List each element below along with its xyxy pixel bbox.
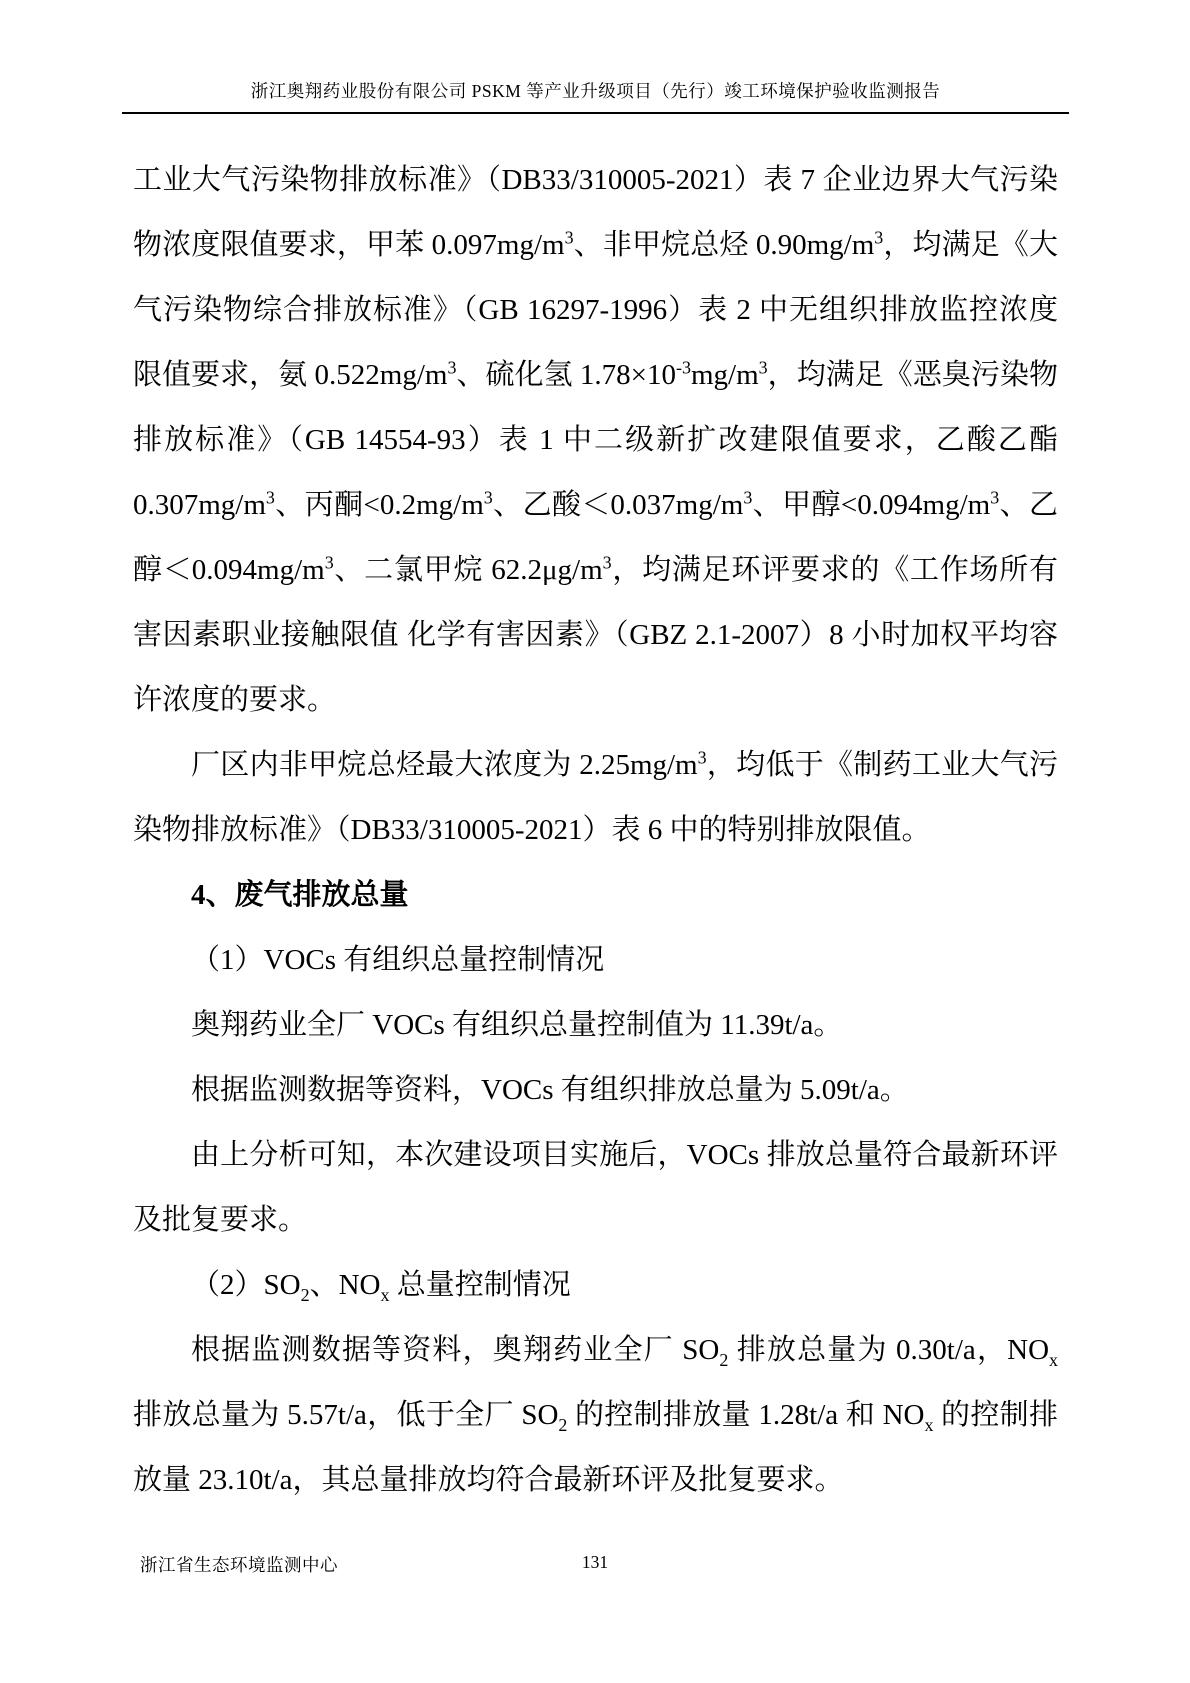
superscript: 3 xyxy=(565,227,574,247)
superscript: 3 xyxy=(266,487,275,507)
superscript: 3 xyxy=(990,487,999,507)
superscript: -3 xyxy=(676,357,691,377)
paragraph: 厂区内非甲烷总烃最大浓度为 2.25mg/m3，均低于《制药工业大气污染物排放标… xyxy=(133,733,1058,863)
subscript: x xyxy=(380,1285,389,1305)
page-header: 浙江奥翔药业股份有限公司 PSKM 等产业升级项目（先行）竣工环境保护验收监测报… xyxy=(122,78,1069,114)
paragraph: 奥翔药业全厂 VOCs 有组织总量控制值为 11.39t/a。 xyxy=(133,993,1058,1058)
document-page: 浙江奥翔药业股份有限公司 PSKM 等产业升级项目（先行）竣工环境保护验收监测报… xyxy=(0,0,1190,1683)
superscript: 3 xyxy=(447,357,456,377)
paragraph: （1）VOCs 有组织总量控制情况 xyxy=(133,928,1058,993)
subscript: 2 xyxy=(301,1285,310,1305)
superscript: 3 xyxy=(325,552,334,572)
subscript: 2 xyxy=(719,1350,728,1370)
subscript: 2 xyxy=(558,1415,567,1435)
superscript: 3 xyxy=(743,487,752,507)
paragraph: （2）SO2、NOx 总量控制情况 xyxy=(133,1253,1058,1318)
subscript: x xyxy=(924,1415,933,1435)
superscript: 3 xyxy=(603,552,612,572)
paragraph: 由上分析可知，本次建设项目实施后，VOCs 排放总量符合最新环评及批复要求。 xyxy=(133,1123,1058,1253)
paragraph: 根据监测数据等资料，奥翔药业全厂 SO2 排放总量为 0.30t/a，NOx 排… xyxy=(133,1318,1058,1513)
section-heading: 4、废气排放总量 xyxy=(133,863,1058,928)
superscript: 3 xyxy=(698,747,707,767)
header-title: 浙江奥翔药业股份有限公司 PSKM 等产业升级项目（先行）竣工环境保护验收监测报… xyxy=(251,81,940,101)
footer-organization: 浙江省生态环境监测中心 xyxy=(140,1552,338,1577)
superscript: 3 xyxy=(759,357,768,377)
subscript: x xyxy=(1049,1350,1058,1370)
page-footer: 131 浙江省生态环境监测中心 xyxy=(125,1552,1065,1582)
superscript: 3 xyxy=(484,487,493,507)
paragraph: 工业大气污染物排放标准》（DB33/310005-2021）表 7 企业边界大气… xyxy=(133,148,1058,733)
document-content: 工业大气污染物排放标准》（DB33/310005-2021）表 7 企业边界大气… xyxy=(133,148,1058,1513)
paragraph: 根据监测数据等资料，VOCs 有组织排放总量为 5.09t/a。 xyxy=(133,1058,1058,1123)
superscript: 3 xyxy=(874,227,883,247)
